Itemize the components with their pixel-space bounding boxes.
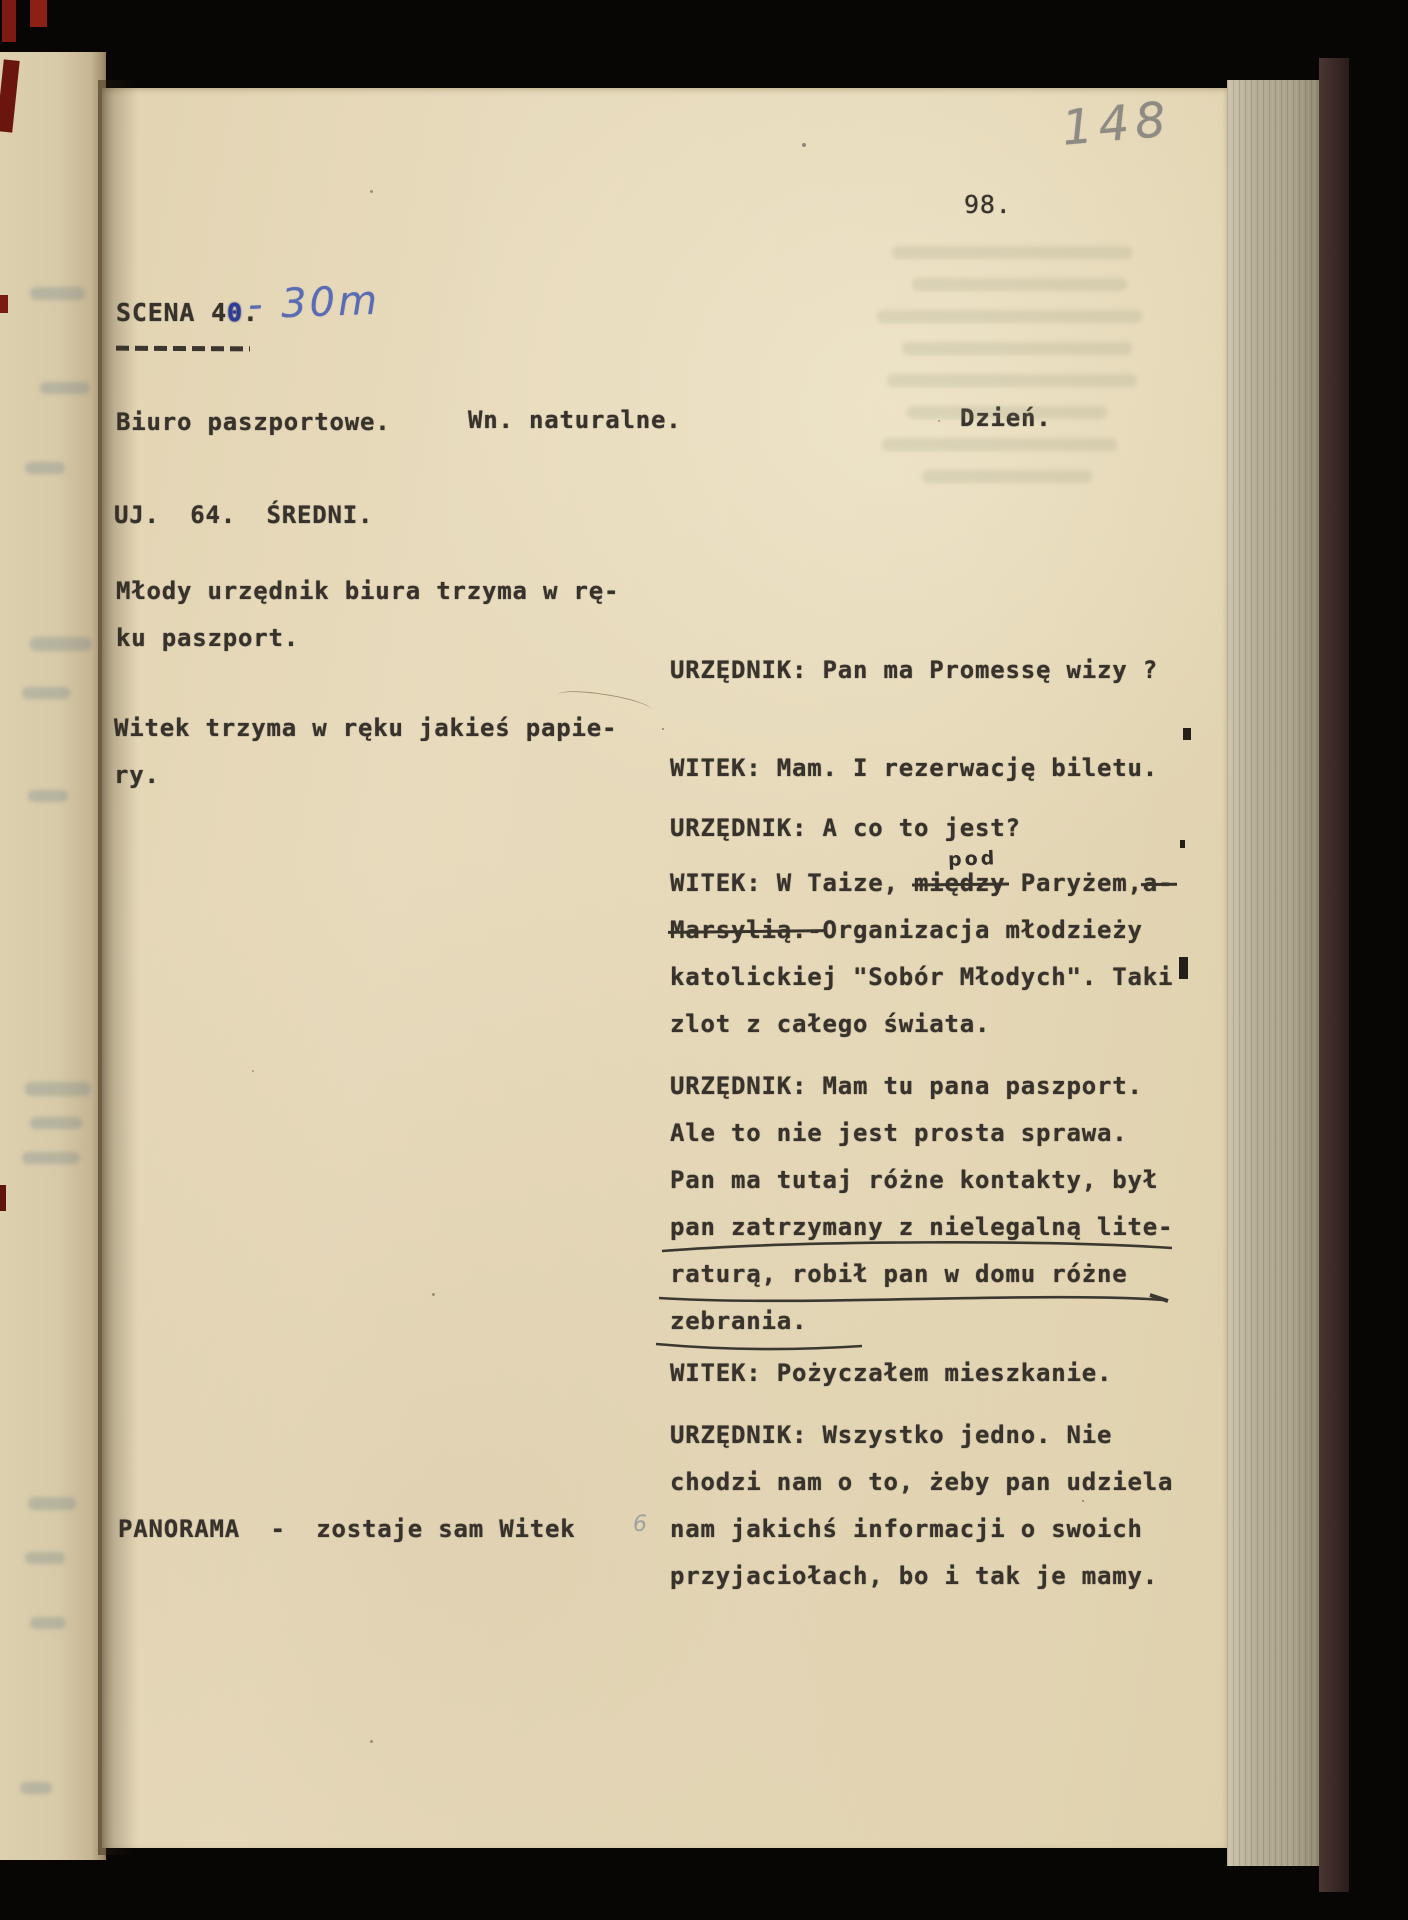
ghost-text-mark [30,637,92,651]
dialogue-text: przyjaciołach, bo i tak je mamy. [670,1562,1158,1590]
script-page: 148 98. SCENA 40. - 30m Biuro paszportow… [102,88,1227,1848]
dialogue-text: WITEK: Mam. I rezerwację biletu. [670,754,1158,782]
paper-speck [370,1740,373,1743]
dialogue-line: URZĘDNIK: Wszystko jedno. Nie [670,1420,1210,1467]
ghost-text-mark [40,382,90,394]
dialogue-line: URZĘDNIK: A co to jest? [670,813,1210,860]
stain-mark [1180,840,1185,848]
dialogue-speech: URZĘDNIK: Mam tu pana paszport.Ale to ni… [670,1071,1210,1353]
dialogue-text: WITEK: Pożyczałem mieszkanie. [670,1359,1112,1387]
dialogue-line: Marsylią.-Organizacja młodzieży [670,915,1210,962]
dialogue-text: pan zatrzymany z nielegalną lite- [670,1213,1173,1241]
paper-speck [662,728,664,730]
pencil-page-number: 148 [1060,91,1174,156]
spine-fragment [2,0,16,42]
action-line: Młody urzędnik biura trzyma w rę- [116,576,619,623]
dialogue-line: zlot z całego świata. [670,1009,1210,1056]
book-fore-edge [1227,80,1319,1866]
dialogue-speech: WITEK: W Taize, między Paryżem,a-Marsyli… [670,868,1210,1056]
scene-heading: SCENA 40. [116,298,259,327]
bleed-through-mark [882,438,1117,451]
spine-fragment [0,295,8,313]
correction-pod: pod [948,847,998,871]
dialogue-text: chodzi nam o to, żeby pan udziela [670,1468,1173,1496]
bleed-through-mark [902,342,1132,355]
dialogue-speech: WITEK: Pożyczałem mieszkanie. [670,1358,1210,1405]
panorama-line: PANORAMA - zostaje sam Witek [118,1515,575,1543]
scene-number-typed: SCENA 4 [116,298,227,327]
dialogue-line: WITEK: W Taize, między Paryżem,a- [670,868,1210,915]
dialogue-line: URZĘDNIK: Mam tu pana paszport. [670,1071,1210,1118]
struck-text: między [914,869,1006,897]
ghost-text-mark [28,790,68,802]
action-line: Witek trzyma w ręku jakieś papie- [114,713,617,760]
slugline-interior: Wn. naturalne. [468,406,682,434]
dialogue-text: zebrania. [670,1307,807,1335]
action-line: ry. [114,760,617,807]
paper-speck [370,190,373,193]
bleed-through-mark [912,278,1127,291]
stain-mark [1179,957,1188,979]
dialogue-text: nam jakichś informacji o swoich [670,1515,1143,1543]
margin-digit: 6 [633,1512,647,1537]
spine-fragment [30,0,47,27]
paper-speck [802,143,806,147]
scene-length-note: - 30m [247,278,381,329]
paper-speck [432,1293,435,1296]
ghost-text-mark [20,1782,52,1794]
dialogue-text: WITEK: W Taize, [670,869,914,897]
dialogue-line: przyjaciołach, bo i tak je mamy. [670,1561,1210,1608]
action-line: ku paszport. [116,623,619,670]
book-cover [1319,58,1349,1892]
ghost-text-mark [30,1117,82,1129]
dialogue-line: chodzi nam o to, żeby pan udziela [670,1467,1210,1514]
bleed-through-mark [877,310,1142,323]
ghost-text-mark [28,1497,76,1510]
bleed-through-mark [907,406,1107,419]
scene-heading-underline [116,346,250,352]
dialogue-line: zebrania. [670,1306,1210,1353]
dialogue-line: nam jakichś informacji o swoich [670,1514,1210,1561]
dialogue-text: zlot z całego świata. [670,1010,990,1038]
paper-speck [938,420,940,422]
dialogue-text: raturą, robił pan w domu różne [670,1260,1127,1288]
slugline-location: Biuro paszportowe. [116,408,391,436]
bleed-through-mark [887,374,1137,387]
shot-line: UJ. 64. ŚREDNI. [114,501,373,529]
dialogue-line: pan zatrzymany z nielegalną lite- [670,1212,1210,1259]
scanned-script-page: 148 98. SCENA 40. - 30m Biuro paszportow… [0,0,1408,1920]
dialogue-line: URZĘDNIK: Pan ma Promessę wizy ? [670,655,1210,702]
dialogue-text: URZĘDNIK: Wszystko jedno. Nie [670,1421,1112,1449]
struck-text: a- [1143,869,1174,897]
dialogue-speech: URZĘDNIK: A co to jest? [670,813,1210,860]
dialogue-text: Organizacja młodzieży [823,916,1143,944]
ghost-text-mark [25,462,65,474]
scene-number-overwrite: 0 [227,298,243,327]
typed-page-number: 98. [964,190,1012,219]
dialogue-speech: URZĘDNIK: Wszystko jedno. Niechodzi nam … [670,1420,1210,1608]
dialogue-speech: URZĘDNIK: Pan ma Promessę wizy ? [670,655,1210,702]
dialogue-text: URZĘDNIK: A co to jest? [670,814,1021,842]
dialogue-speech: WITEK: Mam. I rezerwację biletu. [670,753,1210,800]
ghost-text-mark [22,687,70,699]
dialogue-text: Ale to nie jest prosta sprawa. [670,1119,1127,1147]
ghost-text-mark [25,1082,91,1096]
dialogue-line: WITEK: Pożyczałem mieszkanie. [670,1358,1210,1405]
ghost-text-mark [30,1617,66,1629]
paper-speck [252,1070,254,1072]
paper-speck [1082,1500,1084,1502]
dialogue-text: katolickiej "Sobór Młodych". Taki [670,963,1173,991]
dialogue-line: raturą, robił pan w domu różne [670,1259,1210,1306]
dialogue-line: Ale to nie jest prosta sprawa. [670,1118,1210,1165]
stain-mark [1183,728,1191,740]
dialogue-text: Pan ma tutaj różne kontakty, był [670,1166,1158,1194]
dialogue-text: URZĘDNIK: Pan ma Promessę wizy ? [670,656,1158,684]
dialogue-line: WITEK: Mam. I rezerwację biletu. [670,753,1210,800]
ghost-text-mark [25,1552,65,1564]
action-paragraph: Witek trzyma w ręku jakieś papie-ry. [114,713,617,807]
dialogue-text: Paryżem, [1006,869,1143,897]
ghost-text-mark [22,1152,80,1164]
spine-fragment [0,1185,6,1211]
bleed-through-mark [892,246,1132,259]
struck-text: Marsylią.- [670,916,823,944]
action-paragraph: Młody urzędnik biura trzyma w rę-ku pasz… [116,576,619,670]
dialogue-line: Pan ma tutaj różne kontakty, był [670,1165,1210,1212]
bleed-through-mark [922,470,1092,483]
dialogue-text: URZĘDNIK: Mam tu pana paszport. [670,1072,1143,1100]
facing-page-edge [0,52,106,1860]
dialogue-line: katolickiej "Sobór Młodych". Taki [670,962,1210,1009]
ghost-text-mark [30,287,85,300]
